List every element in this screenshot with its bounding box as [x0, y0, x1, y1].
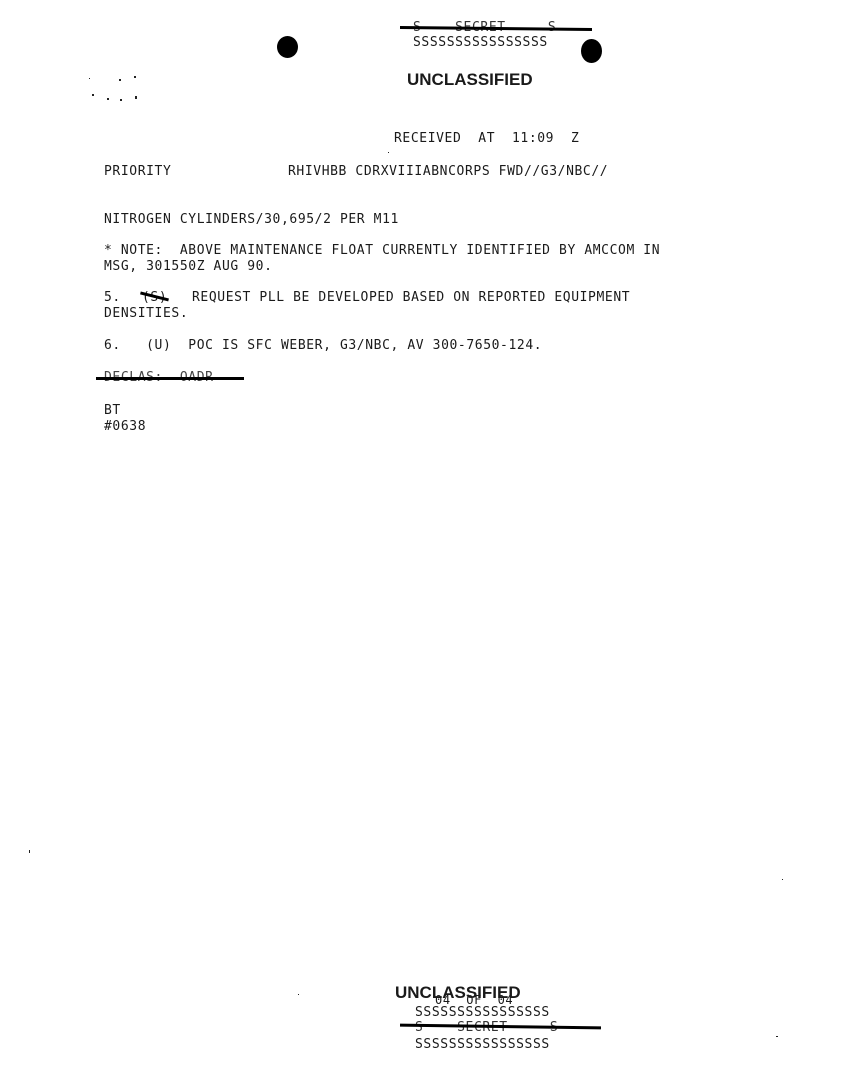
- nitrogen-line: NITROGEN CYLINDERS/30,695/2 PER M11: [104, 212, 399, 228]
- speck: [29, 850, 30, 853]
- paragraph-5-line-2: DENSITIES.: [104, 306, 188, 322]
- speck: [92, 94, 94, 96]
- top-s-line: SSSSSSSSSSSSSSSS: [413, 35, 548, 51]
- received-time: RECEIVED AT 11:09 Z: [394, 131, 579, 147]
- marking-scribble: (S): [142, 290, 167, 306]
- paragraph-6: 6. (U) POC IS SFC WEBER, G3/NBC, AV 300-…: [104, 338, 542, 354]
- speck: [782, 879, 783, 880]
- speck: [89, 78, 90, 79]
- address-line: RHIVHBB CDRXVIIIABNCORPS FWD//G3/NBC//: [288, 164, 608, 180]
- speck: [107, 98, 109, 100]
- punch-hole-left: [277, 36, 298, 58]
- speck: [134, 76, 136, 78]
- precedence: PRIORITY: [104, 164, 171, 180]
- punch-hole-right: [581, 39, 602, 63]
- speck: [119, 79, 121, 81]
- paragraph-5-marking-struck: (S): [142, 290, 167, 306]
- message-number: #0638: [104, 419, 146, 435]
- speck: [135, 96, 137, 99]
- declas-strikeline: [96, 377, 244, 380]
- paragraph-5-number: 5.: [104, 290, 121, 306]
- bt-marker: BT: [104, 403, 121, 419]
- note-line-1: * NOTE: ABOVE MAINTENANCE FLOAT CURRENTL…: [104, 243, 660, 259]
- unclassified-top: UNCLASSIFIED: [407, 70, 533, 90]
- paragraph-5-line-1: REQUEST PLL BE DEVELOPED BASED ON REPORT…: [192, 290, 630, 306]
- note-line-2: MSG, 301550Z AUG 90.: [104, 259, 273, 275]
- speck: [120, 99, 122, 101]
- bottom-s-line-1: SSSSSSSSSSSSSSSS: [415, 1005, 550, 1021]
- bottom-s-line-2: SSSSSSSSSSSSSSSS: [415, 1037, 550, 1053]
- speck: [298, 994, 299, 995]
- speck: [388, 152, 389, 153]
- speck: [776, 1036, 778, 1037]
